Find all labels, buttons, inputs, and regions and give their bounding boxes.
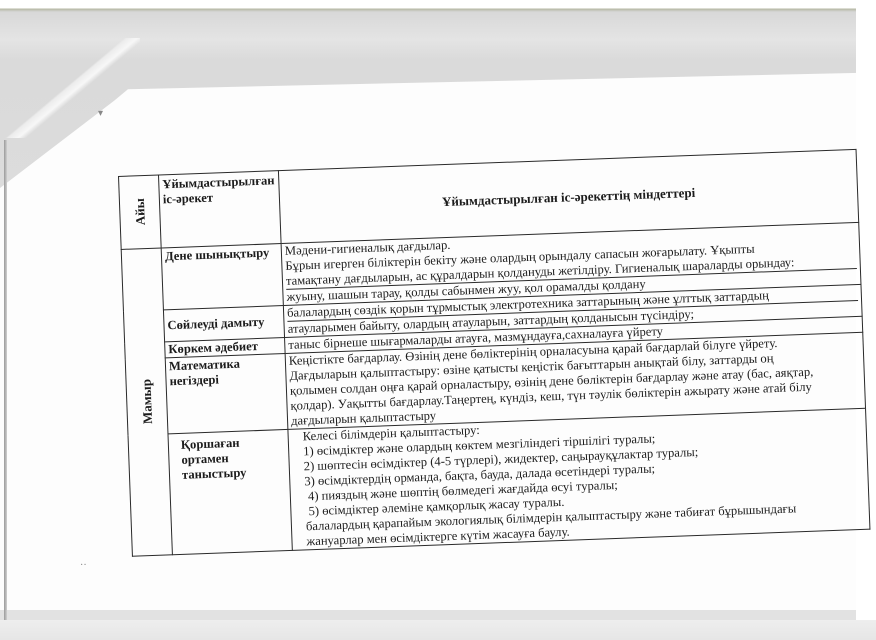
scan-speck: ·· <box>80 560 87 571</box>
activity-label: Дене шынықтыру <box>165 244 279 264</box>
scan-margin-bottom <box>0 620 876 640</box>
header-activity: Ұйымдастырылған іс-әрекет <box>158 171 281 248</box>
header-month: Айы <box>119 175 162 249</box>
activity-label: Сөйлеуді дамыту <box>167 314 280 333</box>
paper-fold-crease <box>0 38 140 138</box>
activity-cell: Сөйлеуді дамыту <box>163 306 284 342</box>
month-label: Мамыр <box>138 379 155 425</box>
lesson-plan-table: Айы Ұйымдастырылған іс-әрекет Ұйымдастыр… <box>118 149 870 557</box>
tasks-cell: Келесі білімдерін қалыптастыру: 1) өсімд… <box>288 408 870 550</box>
activity-cell: Дене шынықтыру <box>161 244 283 310</box>
paper-left-edge <box>4 140 7 640</box>
activity-label: Математика негіздері <box>169 355 260 389</box>
activity-cell: Қоршаған ортамен таныстыру <box>168 429 292 554</box>
lesson-plan-document: Айы Ұйымдастырылған іс-әрекет Ұйымдастыр… <box>118 149 869 557</box>
activity-cell: Математика негіздері <box>165 353 288 433</box>
scan-speck: ▾ <box>98 108 103 119</box>
table-body: Мамыр Дене шынықтыру Мәдени-гигиеналық д… <box>121 222 870 556</box>
activity-label: Қоршаған ортамен таныстыру <box>180 431 262 483</box>
header-month-label: Айы <box>132 198 148 226</box>
